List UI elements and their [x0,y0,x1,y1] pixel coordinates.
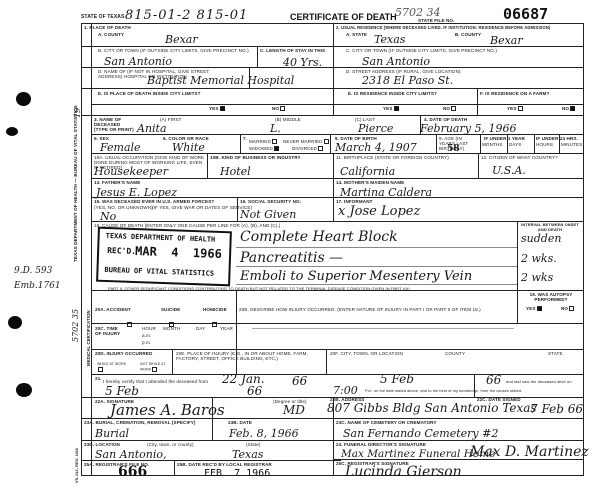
checkbox[interactable] [518,106,523,111]
checkbox-checked[interactable] [220,106,225,111]
interval-label: INTERVAL BETWEEN ONSET AND DEATH [521,222,579,232]
res-inside-city-no[interactable]: NO [443,106,456,111]
days-label: Days [509,142,522,147]
res-farm-yes[interactable]: YES [507,106,523,111]
occupation-value: Housekeeper [94,165,168,178]
pm-label: p.m. [142,340,151,345]
accident-checkbox[interactable] [126,316,132,334]
armed-forces-sub2: (If yes, give war or dates of service) [152,205,252,210]
months-label: Months [482,142,503,147]
date-of-death-value: February 5, 1966 [420,122,516,135]
death-time-value: 7:00 [333,384,358,397]
registrar-file-no-value: 666 [118,464,147,480]
month-label: Month [163,326,180,331]
location-state-value: Texas [232,448,263,461]
res-farm-label: f. IS RESIDENCE ON A FARM? [480,91,549,96]
accident-label: 20a. ACCIDENT [95,307,131,312]
date-signed-value: 7 Feb 66 [530,402,583,416]
date-signed-label: 22c. DATE SIGNED [477,397,521,402]
place-of-death-label: 1. PLACE OF DEATH [84,25,131,30]
marital-married[interactable]: Married [249,139,277,144]
inside-city-death-no[interactable]: NO [272,106,285,111]
death-county-value: Bexar [165,33,198,46]
stamp-received-date: MAR 4 1966 [135,244,222,261]
length-of-stay-value: 40 Yrs. [283,56,322,69]
punch-hole [6,127,18,136]
hours-label: Hours [536,142,553,147]
injury-state-label: STATE [548,351,563,356]
death-county-label: a. COUNTY [98,32,124,37]
punch-hole [16,383,32,397]
place-of-injury-label: 20e. PLACE OF INJURY (e.g., in or about … [176,351,326,361]
burial-date-value: Feb. 8, 1966 [229,427,299,440]
res-city-value: San Antonio [362,55,430,68]
disposition-label: 23a. BURIAL, CREMATION, REMOVAL (Specify… [84,420,196,425]
res-farm-no[interactable]: NO [562,106,575,111]
inside-city-death-label: e. IS PLACE OF DEATH INSIDE CITY LIMITS? [98,91,201,96]
sex-value: Female [100,141,141,154]
marital-divorced[interactable]: Divorced [292,146,323,151]
funeral-director-label: 24. FUNERAL DIRECTOR'S SIGNATURE [336,442,426,447]
marital-never-married[interactable]: Never Married [283,139,329,144]
punch-hole [16,92,31,106]
father-label: 13. FATHER'S NAME [94,180,140,185]
death-city-value: San Antonio [104,55,172,68]
res-county-value: Bexar [490,34,523,47]
part-two-label: PART II. OTHER SIGNIFICANT CONDITIONS CO… [108,286,410,291]
suicide-checkbox[interactable] [168,316,174,334]
father-value: Jesus E. Lopez [96,186,177,199]
disposition-value: Burial [95,427,129,440]
form-code: VS-112, REV. 1/66 [74,448,79,483]
registrar-signature: Lucinda Gierson [345,464,462,480]
side-note-emb: Emb.1761 [14,281,61,291]
checkbox[interactable] [324,139,329,144]
cause-line-a: Complete Heart Block [240,229,398,245]
inside-city-death-yes[interactable]: YES [209,106,225,111]
checkbox[interactable] [318,146,323,151]
attended-to-year: 66 [247,384,262,398]
location-city-label: (City, town, or county) [147,442,194,447]
interval-b: 2 wks. [521,252,557,265]
armed-forces-label: 15. WAS DECEASED EVER IN U.S. ARMED FORC… [94,199,214,204]
cause-line-c: Emboli to Superior Mesentery Vein [240,269,472,284]
margin-vertical-file-hw: 5702 35 [71,309,80,342]
date-received-value: FEB 7 1966 [204,468,270,479]
minutes-label: Minutes [561,142,582,147]
physician-degree: MD [283,403,305,417]
injury-county-label: COUNTY [445,351,465,356]
day-label: Day [196,326,205,331]
citizen-label: 12. CITIZEN OF WHAT COUNTRY? [481,155,558,160]
dob-value: March 4, 1907 [335,141,417,154]
mother-label: 14. MOTHER'S MAIDEN NAME [336,180,404,185]
informant-signature: x Jose Lopez [338,204,420,219]
suicide-label: SUICIDE [161,307,180,312]
res-state-label: a. STATE [346,32,367,37]
checkbox[interactable] [272,139,277,144]
injury-city-label: 20f. CITY, TOWN, OR LOCATION [330,351,403,356]
checkbox[interactable] [152,367,157,372]
state-of-texas-label: STATE OF TEXAS [81,15,124,20]
received-stamp: TEXAS DEPARTMENT OF HEALTH REC'D. MAR 4 … [96,227,232,287]
hospital-value: Baptist Memorial Hospital [147,74,294,87]
checkbox-checked[interactable] [570,106,575,111]
autopsy-no[interactable]: NO [561,306,574,311]
res-county-label: b. COUNTY [455,32,481,37]
ssn-value: Not Given [240,208,296,221]
attended-from-year: 66 [292,374,307,388]
injury-occurred-label: 20d. INJURY OCCURRED [95,351,152,356]
autopsy-yes[interactable]: YES [526,306,542,311]
location-label: 23d. LOCATION [84,442,120,447]
checkbox[interactable] [98,367,103,372]
death-city-label: b. CITY OR TOWN (If outside city limits,… [98,48,249,53]
homicide-checkbox[interactable] [211,316,217,334]
describe-injury-label: 20b. DESCRIBE HOW INJURY OCCURRED. (Ente… [239,307,481,312]
checkbox-checked[interactable] [274,146,279,151]
last-saw-text: and last saw the deceased alive on [506,379,572,384]
res-city-label: c. CITY OR TOWN (If outside city limits,… [346,48,497,53]
location-state-label: (State) [246,442,261,447]
checkbox-checked[interactable] [537,306,542,311]
certificate-number: 06687 [503,5,548,23]
handwritten-codes: 815-01-2 815-01 [125,8,248,23]
not-while-at-work[interactable]: NOT WHILE AT WORK [140,362,175,372]
funeral-director-signature: Max D. Martinez [470,444,589,460]
armed-forces-value: No [100,210,116,223]
checkbox-checked[interactable] [394,106,399,111]
physician-address: 807 Gibbs Bldg San Antonio Texas [327,401,537,415]
stamp-received-prefix: REC'D. [107,246,136,256]
year-label: Year [220,326,233,331]
length-of-stay-label: c. LENGTH OF STAY in this [260,48,330,53]
punch-hole [8,316,22,329]
date-received-label: 25b. DATE REC'D BY LOCAL REGISTRAR [177,462,272,467]
res-inside-city-yes[interactable]: YES [383,106,399,111]
am-label: a.m. [142,333,151,338]
physician-signature: James A. Baros [110,401,225,419]
side-note-gd: 9.D. 593 [14,266,52,276]
margin-vertical-text: TEXAS DEPARTMENT OF HEALTH — BUREAU OF V… [73,105,78,262]
interval-a: sudden [521,232,561,245]
race-value: White [172,141,205,154]
marital-widowed[interactable]: Widowed [249,146,279,151]
while-at-work[interactable]: WHILE AT WORK [97,362,127,372]
deceased-name-label: 3. NAME OF DECEASED (Type or print) [94,117,134,132]
res-state-value: Texas [374,33,405,46]
homicide-label: HOMICIDE [203,307,227,312]
first-name-value: Anita [137,122,167,135]
checkbox[interactable] [569,306,574,311]
cemetery-label: 23c. NAME OF CEMETERY OR CREMATORY [336,420,437,425]
usual-residence-label: 2. USUAL RESIDENCE (Where deceased lived… [336,25,550,30]
business-label: 10b. KIND OF BUSINESS OR INDUSTRY [210,155,301,160]
marital-label: 7. [243,136,247,141]
cemetery-value: San Fernando Cemetery #2 [343,427,498,440]
certificate-title: CERTIFICATE OF DEATH [290,12,397,22]
interval-c: 2 wks [521,271,553,284]
last-name-value: Pierce [358,122,393,135]
citizen-value: U.S.A. [492,164,526,177]
death-time-text: P.m. on the date stated above, and to th… [365,389,522,394]
under-1yr-label: IF UNDER 1 YEAR [484,136,525,141]
mother-value: Martina Caldera [340,186,432,199]
autopsy-label: 19. WAS AUTOPSY PERFORMED? [521,292,581,302]
attended-to-value: 5 Feb [105,384,139,398]
stamp-line-3: BUREAU OF VITAL STATISTICS [104,266,214,278]
business-value: Hotel [220,165,251,178]
last-saw-year: 66 [486,373,501,387]
checkbox[interactable] [280,106,285,111]
age-value: 58 [447,144,460,154]
cause-line-b: Pancreatitis — [240,250,343,266]
res-street-value: 2318 El Paso St. [362,74,453,87]
location-city-value: San Antonio, [95,448,166,461]
res-inside-city-label: e. IS RESIDENCE INSIDE CITY LIMITS? [348,91,437,96]
birthplace-label: 11. BIRTHPLACE (State or foreign country… [336,155,449,160]
checkbox[interactable] [451,106,456,111]
under-24hrs-label: IF UNDER 24 HRS. [536,136,578,141]
stamp-line-1: TEXAS DEPARTMENT OF HEALTH [106,232,216,244]
burial-date-label: 23b. DATE [228,420,252,425]
last-saw-value: 5 Feb [380,372,414,386]
ssn-label: 16. SOCIAL SECURITY NO. [240,199,301,204]
item-21-label: 21. [95,376,102,381]
hour-label: Hour [142,326,156,331]
birthplace-value: California [340,165,395,178]
time-of-injury-label: 20c. TIME OF INJURY [95,326,125,336]
middle-name-value: L. [270,122,281,135]
